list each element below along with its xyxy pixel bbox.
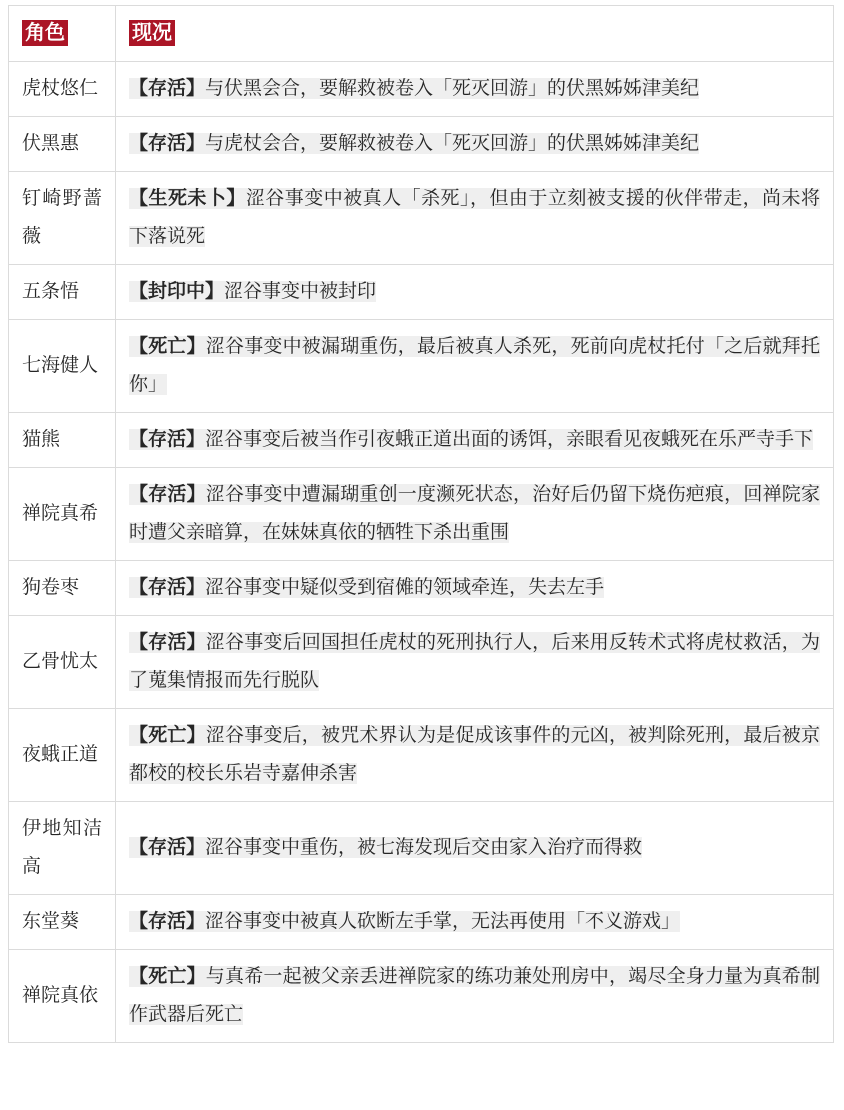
- table-row: 夜蛾正道 【死亡】涩谷事变后，被咒术界认为是促成该事件的元凶，被判除死刑，最后被…: [9, 709, 834, 802]
- status-badge: 【存活】: [129, 484, 206, 505]
- status-badge: 【存活】: [129, 133, 205, 154]
- table-row: 禅院真希 【存活】涩谷事变中遭漏瑚重创一度濒死状态，治好后仍留下烧伤疤痕，回禅院…: [9, 468, 834, 561]
- status-description: 涩谷事变后，被咒术界认为是促成该事件的元凶，被判除死刑，最后被京都校的校长乐岩寺…: [129, 725, 820, 784]
- status-badge: 【存活】: [129, 632, 206, 653]
- status-description: 与真希一起被父亲丢进禅院家的练功兼处刑房中，竭尽全身力量为真希制作武器后死亡: [129, 966, 820, 1025]
- character-name-cell: 禅院真依: [9, 950, 116, 1043]
- character-name: 禅院真希: [22, 503, 98, 524]
- header-cell-character: 角色: [9, 6, 116, 62]
- header-row: 角色 现况: [9, 6, 834, 62]
- status-badge: 【死亡】: [129, 336, 206, 357]
- status-description: 涩谷事变后回国担任虎杖的死刑执行人，后来用反转术式将虎杖救活，为了蒐集情报而先行…: [129, 632, 820, 691]
- status-description: 涩谷事变中被漏瑚重伤，最后被真人杀死，死前向虎杖托付「之后就拜托你」: [129, 336, 820, 395]
- character-status-table: 角色 现况 虎杖悠仁 【存活】与伏黑会合，要解救被卷入「死灭回游」的伏黑姊姊津美…: [8, 5, 834, 1043]
- header-label-status: 现况: [129, 20, 175, 46]
- status-badge: 【死亡】: [129, 966, 206, 987]
- table-row: 狗卷枣 【存活】涩谷事变中疑似受到宿傩的领域牵连，失去左手: [9, 561, 834, 616]
- status-highlight: 【死亡】与真希一起被父亲丢进禅院家的练功兼处刑房中，竭尽全身力量为真希制作武器后…: [129, 966, 820, 1025]
- status-highlight: 【存活】涩谷事变后被当作引夜蛾正道出面的诱饵，亲眼看见夜蛾死在乐严寺手下: [129, 429, 813, 450]
- status-cell: 【存活】与虎杖会合，要解救被卷入「死灭回游」的伏黑姊姊津美纪: [116, 117, 834, 172]
- status-description: 涩谷事变中被封印: [224, 281, 376, 302]
- status-highlight: 【存活】涩谷事变后回国担任虎杖的死刑执行人，后来用反转术式将虎杖救活，为了蒐集情…: [129, 632, 820, 691]
- status-cell: 【存活】涩谷事变中被真人砍断左手掌，无法再使用「不义游戏」: [116, 895, 834, 950]
- character-name: 钉崎野蔷薇: [22, 188, 102, 247]
- status-highlight: 【存活】涩谷事变中重伤，被七海发现后交由家入治疗而得救: [129, 837, 642, 858]
- status-description: 与虎杖会合，要解救被卷入「死灭回游」的伏黑姊姊津美纪: [205, 133, 699, 154]
- table-row: 猫熊 【存活】涩谷事变后被当作引夜蛾正道出面的诱饵，亲眼看见夜蛾死在乐严寺手下: [9, 413, 834, 468]
- status-description: 涩谷事变中重伤，被七海发现后交由家入治疗而得救: [205, 837, 642, 858]
- character-name-cell: 乙骨忧太: [9, 616, 116, 709]
- table-row: 钉崎野蔷薇 【生死未卜】涩谷事变中被真人「杀死」，但由于立刻被支援的伙伴带走，尚…: [9, 172, 834, 265]
- character-name-cell: 禅院真希: [9, 468, 116, 561]
- character-name-cell: 狗卷枣: [9, 561, 116, 616]
- header-label-character: 角色: [22, 20, 68, 46]
- table-row: 乙骨忧太 【存活】涩谷事变后回国担任虎杖的死刑执行人，后来用反转术式将虎杖救活，…: [9, 616, 834, 709]
- status-badge: 【存活】: [129, 577, 205, 598]
- character-name-cell: 钉崎野蔷薇: [9, 172, 116, 265]
- status-highlight: 【存活】涩谷事变中被真人砍断左手掌，无法再使用「不义游戏」: [129, 911, 680, 932]
- character-name-cell: 夜蛾正道: [9, 709, 116, 802]
- status-highlight: 【生死未卜】涩谷事变中被真人「杀死」，但由于立刻被支援的伙伴带走，尚未将下落说死: [129, 188, 820, 247]
- character-name: 夜蛾正道: [22, 744, 98, 765]
- character-name: 乙骨忧太: [22, 651, 98, 672]
- status-highlight: 【存活】与虎杖会合，要解救被卷入「死灭回游」的伏黑姊姊津美纪: [129, 133, 699, 154]
- character-name: 虎杖悠仁: [22, 78, 98, 99]
- character-name: 伏黑惠: [22, 133, 79, 154]
- status-cell: 【存活】与伏黑会合，要解救被卷入「死灭回游」的伏黑姊姊津美纪: [116, 62, 834, 117]
- status-cell: 【封印中】涩谷事变中被封印: [116, 265, 834, 320]
- status-highlight: 【存活】与伏黑会合，要解救被卷入「死灭回游」的伏黑姊姊津美纪: [129, 78, 699, 99]
- status-cell: 【存活】涩谷事变中遭漏瑚重创一度濒死状态，治好后仍留下烧伤疤痕，回禅院家时遭父亲…: [116, 468, 834, 561]
- status-highlight: 【封印中】涩谷事变中被封印: [129, 281, 376, 302]
- character-name-cell: 猫熊: [9, 413, 116, 468]
- character-name: 狗卷枣: [22, 577, 79, 598]
- character-name: 五条悟: [22, 281, 79, 302]
- status-cell: 【死亡】与真希一起被父亲丢进禅院家的练功兼处刑房中，竭尽全身力量为真希制作武器后…: [116, 950, 834, 1043]
- table-row: 禅院真依 【死亡】与真希一起被父亲丢进禅院家的练功兼处刑房中，竭尽全身力量为真希…: [9, 950, 834, 1043]
- status-cell: 【存活】涩谷事变后被当作引夜蛾正道出面的诱饵，亲眼看见夜蛾死在乐严寺手下: [116, 413, 834, 468]
- table-row: 东堂葵 【存活】涩谷事变中被真人砍断左手掌，无法再使用「不义游戏」: [9, 895, 834, 950]
- status-highlight: 【存活】涩谷事变中疑似受到宿傩的领域牵连，失去左手: [129, 577, 604, 598]
- character-name-cell: 虎杖悠仁: [9, 62, 116, 117]
- status-cell: 【存活】涩谷事变中重伤，被七海发现后交由家入治疗而得救: [116, 802, 834, 895]
- status-cell: 【死亡】涩谷事变后，被咒术界认为是促成该事件的元凶，被判除死刑，最后被京都校的校…: [116, 709, 834, 802]
- status-highlight: 【死亡】涩谷事变中被漏瑚重伤，最后被真人杀死，死前向虎杖托付「之后就拜托你」: [129, 336, 820, 395]
- status-description: 涩谷事变中被真人砍断左手掌，无法再使用「不义游戏」: [205, 911, 680, 932]
- character-name-cell: 伏黑惠: [9, 117, 116, 172]
- status-badge: 【存活】: [129, 837, 205, 858]
- status-badge: 【存活】: [129, 911, 205, 932]
- status-description: 涩谷事变后被当作引夜蛾正道出面的诱饵，亲眼看见夜蛾死在乐严寺手下: [205, 429, 813, 450]
- character-name: 七海健人: [22, 355, 98, 376]
- status-badge: 【封印中】: [129, 281, 224, 302]
- status-badge: 【存活】: [129, 429, 205, 450]
- status-badge: 【生死未卜】: [129, 188, 246, 209]
- status-description: 涩谷事变中遭漏瑚重创一度濒死状态，治好后仍留下烧伤疤痕，回禅院家时遭父亲暗算，在…: [129, 484, 820, 543]
- status-badge: 【存活】: [129, 78, 205, 99]
- status-cell: 【死亡】涩谷事变中被漏瑚重伤，最后被真人杀死，死前向虎杖托付「之后就拜托你」: [116, 320, 834, 413]
- status-description: 涩谷事变中疑似受到宿傩的领域牵连，失去左手: [205, 577, 604, 598]
- table-row: 七海健人 【死亡】涩谷事变中被漏瑚重伤，最后被真人杀死，死前向虎杖托付「之后就拜…: [9, 320, 834, 413]
- status-highlight: 【存活】涩谷事变中遭漏瑚重创一度濒死状态，治好后仍留下烧伤疤痕，回禅院家时遭父亲…: [129, 484, 820, 543]
- character-name: 禅院真依: [22, 985, 98, 1006]
- status-cell: 【生死未卜】涩谷事变中被真人「杀死」，但由于立刻被支援的伙伴带走，尚未将下落说死: [116, 172, 834, 265]
- character-name: 伊地知洁高: [22, 818, 102, 877]
- character-name-cell: 五条悟: [9, 265, 116, 320]
- table-row: 虎杖悠仁 【存活】与伏黑会合，要解救被卷入「死灭回游」的伏黑姊姊津美纪: [9, 62, 834, 117]
- status-highlight: 【死亡】涩谷事变后，被咒术界认为是促成该事件的元凶，被判除死刑，最后被京都校的校…: [129, 725, 820, 784]
- character-name-cell: 东堂葵: [9, 895, 116, 950]
- character-name-cell: 伊地知洁高: [9, 802, 116, 895]
- character-name: 猫熊: [22, 429, 60, 450]
- table-row: 伊地知洁高 【存活】涩谷事变中重伤，被七海发现后交由家入治疗而得救: [9, 802, 834, 895]
- character-name-cell: 七海健人: [9, 320, 116, 413]
- character-name: 东堂葵: [22, 911, 79, 932]
- status-cell: 【存活】涩谷事变后回国担任虎杖的死刑执行人，后来用反转术式将虎杖救活，为了蒐集情…: [116, 616, 834, 709]
- page: 角色 现况 虎杖悠仁 【存活】与伏黑会合，要解救被卷入「死灭回游」的伏黑姊姊津美…: [0, 0, 844, 1043]
- status-cell: 【存活】涩谷事变中疑似受到宿傩的领域牵连，失去左手: [116, 561, 834, 616]
- status-description: 与伏黑会合，要解救被卷入「死灭回游」的伏黑姊姊津美纪: [205, 78, 699, 99]
- status-badge: 【死亡】: [129, 725, 206, 746]
- header-cell-status: 现况: [116, 6, 834, 62]
- table-row: 伏黑惠 【存活】与虎杖会合，要解救被卷入「死灭回游」的伏黑姊姊津美纪: [9, 117, 834, 172]
- table-row: 五条悟 【封印中】涩谷事变中被封印: [9, 265, 834, 320]
